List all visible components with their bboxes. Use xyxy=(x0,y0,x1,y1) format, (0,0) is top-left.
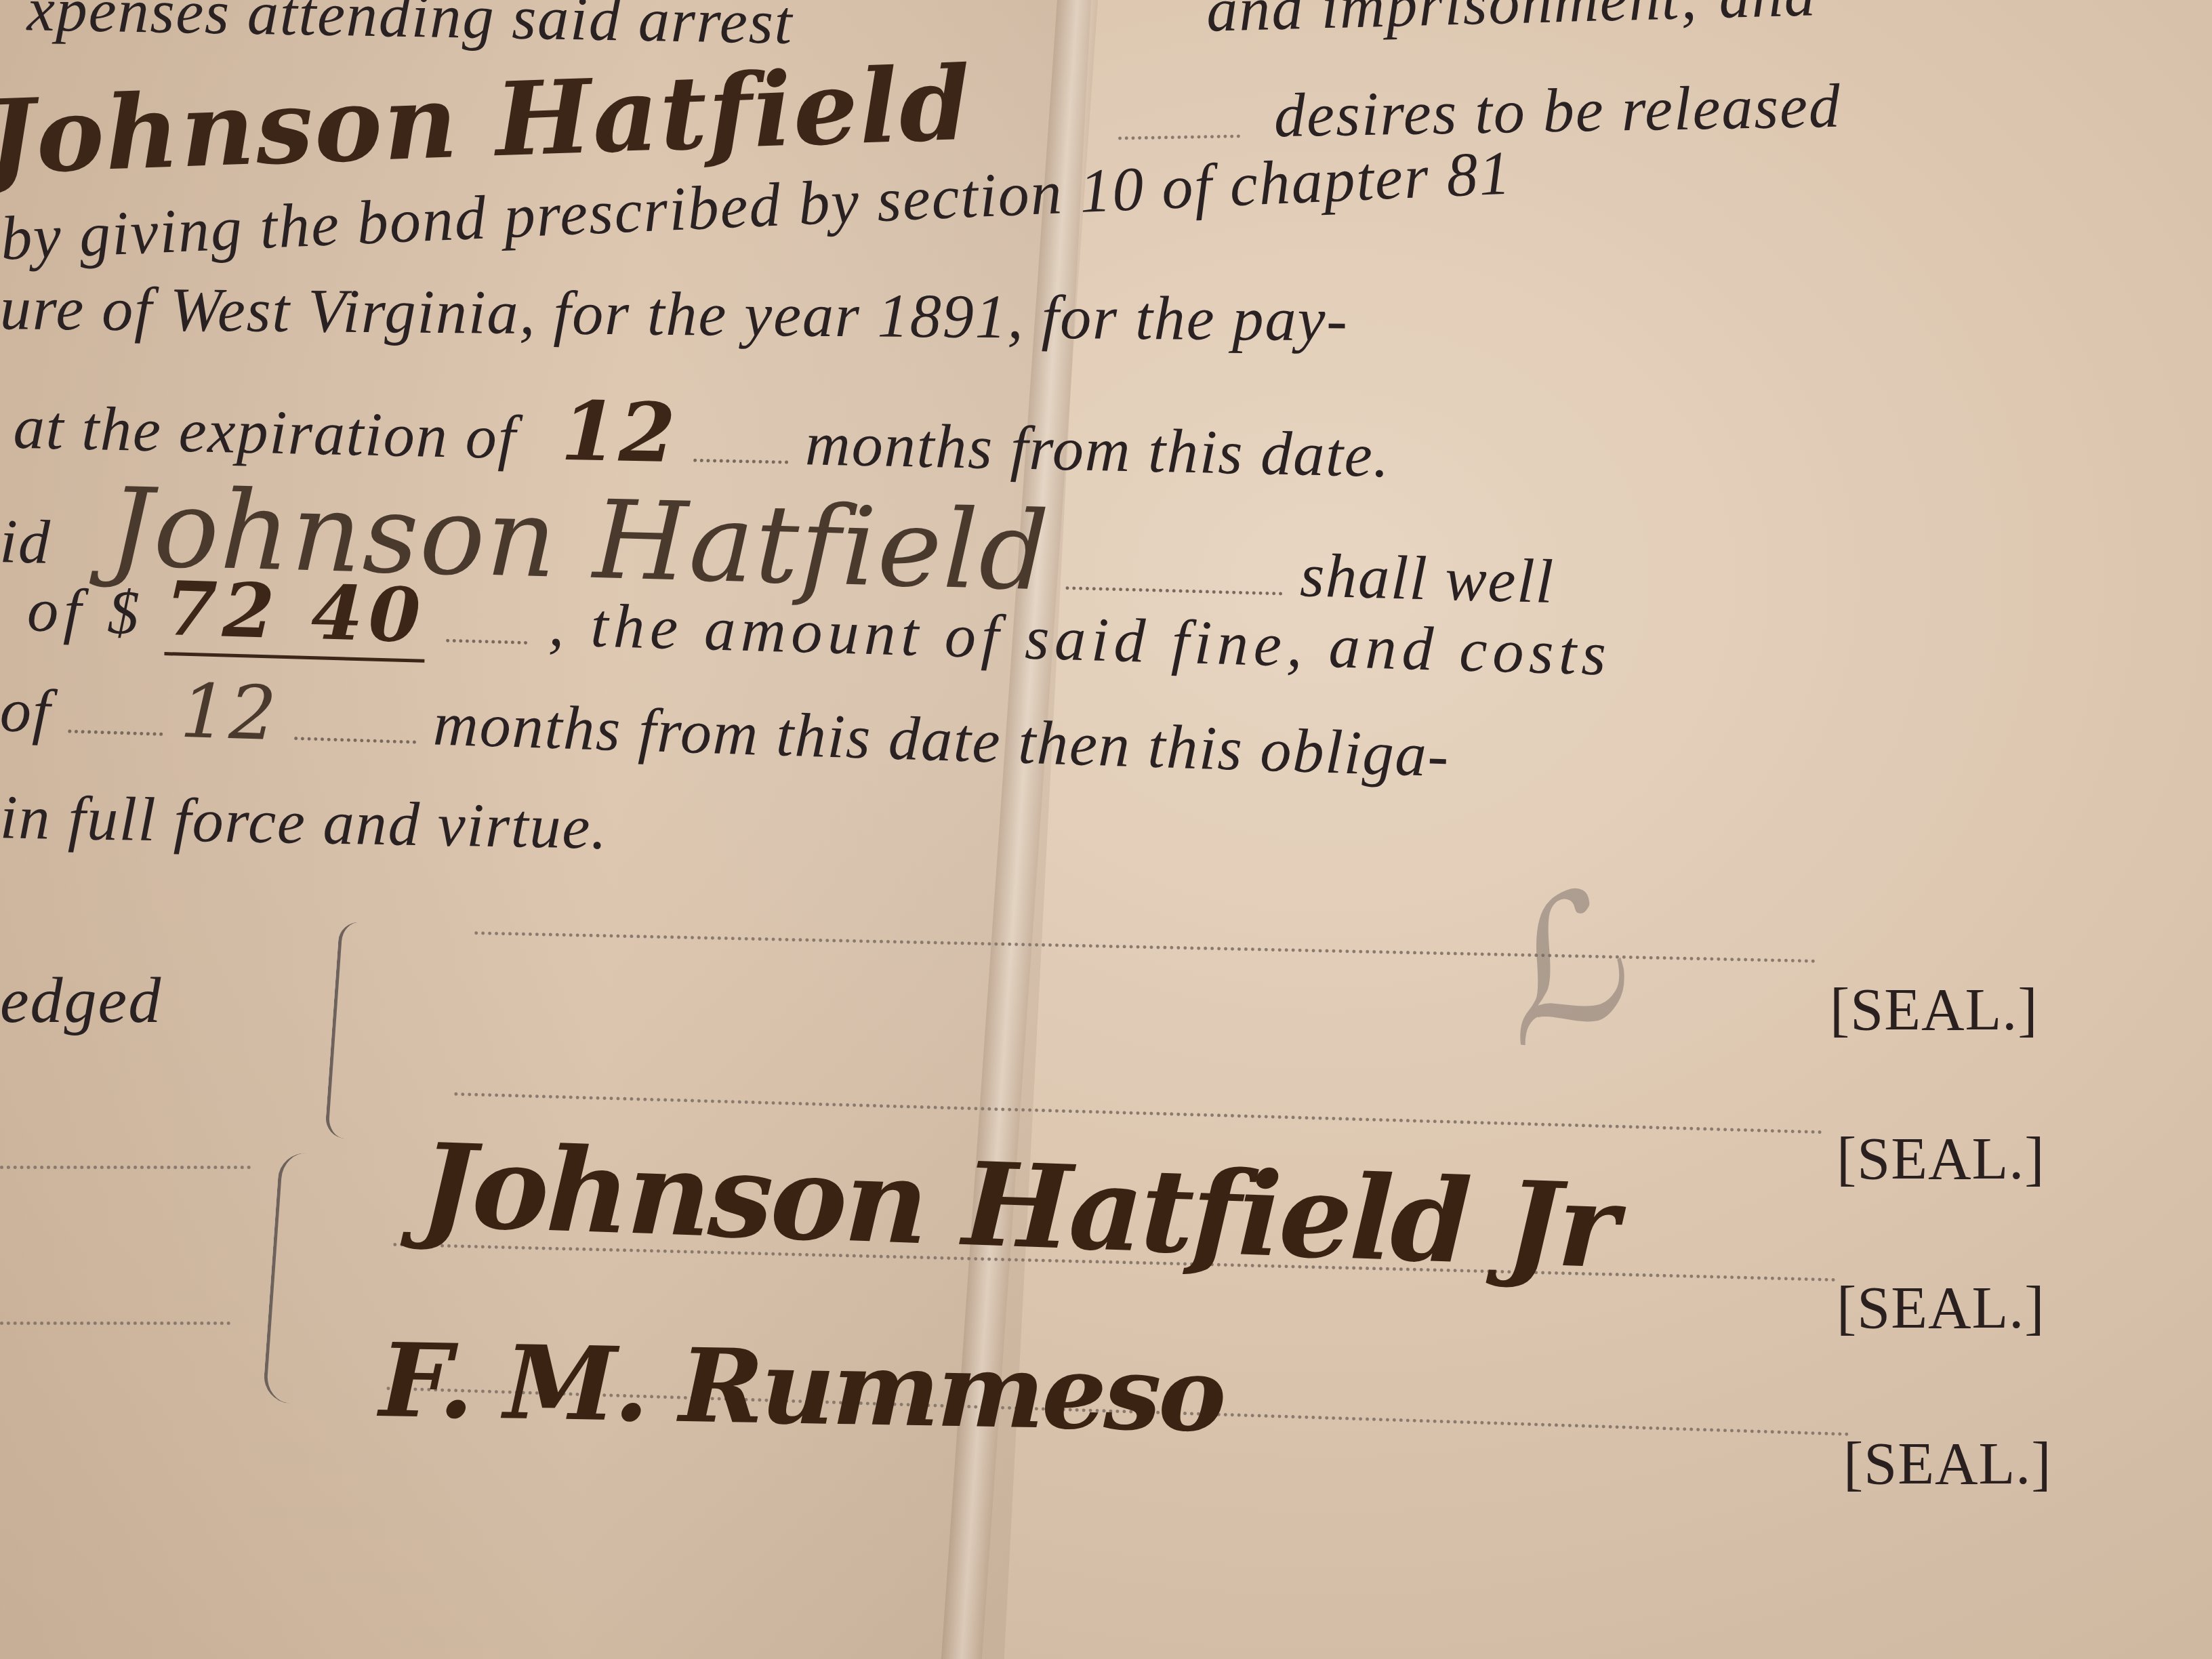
printed-text: ure of West Virginia, for the year 1891,… xyxy=(0,273,1349,354)
printed-text: of $ xyxy=(26,575,145,647)
pencil-mark: ℒ xyxy=(1460,852,1649,1088)
fill-line xyxy=(693,458,788,464)
seal-text: [SEAL.] xyxy=(1837,1126,2045,1192)
handwritten-amount: 72 40 xyxy=(164,565,427,663)
seal-label-4: [SEAL.] xyxy=(1843,1430,2052,1498)
acknowledged-label: edged xyxy=(0,962,162,1038)
text-line-4: ure of West Virginia, for the year 1891,… xyxy=(0,272,1349,355)
printed-text: months from this date. xyxy=(804,409,1391,490)
seal-text: [SEAL.] xyxy=(1837,1275,2045,1341)
left-fill-line-1 xyxy=(0,1166,251,1169)
handwritten-months: 12 xyxy=(560,384,678,482)
signature-text: F. M. Rummeso xyxy=(379,1321,1225,1455)
seal-text: [SEAL.] xyxy=(1830,977,2039,1043)
seal-label-3: [SEAL.] xyxy=(1837,1274,2045,1343)
printed-text: in full force and virtue. xyxy=(0,782,609,862)
left-fill-line-2 xyxy=(0,1322,230,1325)
document-photo: xpenses attending said arrest and impris… xyxy=(0,0,2212,1659)
printed-text: desires to be released xyxy=(1273,71,1842,150)
printed-text: at the expiration of xyxy=(13,392,518,472)
seal-label-1: [SEAL.] xyxy=(1830,976,2039,1044)
fill-line xyxy=(1118,134,1240,140)
printed-text: edged xyxy=(0,964,162,1036)
printed-text: and imprisonment; and xyxy=(1206,0,1818,45)
seal-text: [SEAL.] xyxy=(1843,1431,2052,1497)
text-line-2: desires to be released xyxy=(1273,70,1842,152)
printed-text: of xyxy=(0,675,52,745)
text-line-9: in full force and virtue. xyxy=(0,781,609,863)
handwritten-months-2: 12 xyxy=(179,668,279,757)
text-line-1b: and imprisonment; and xyxy=(1206,0,1818,46)
seal-label-2: [SEAL.] xyxy=(1837,1125,2045,1193)
fill-line xyxy=(294,736,416,744)
signature-fm: F. M. Rummeso xyxy=(379,1321,1225,1455)
fill-line xyxy=(68,729,163,736)
fill-line xyxy=(446,638,527,644)
